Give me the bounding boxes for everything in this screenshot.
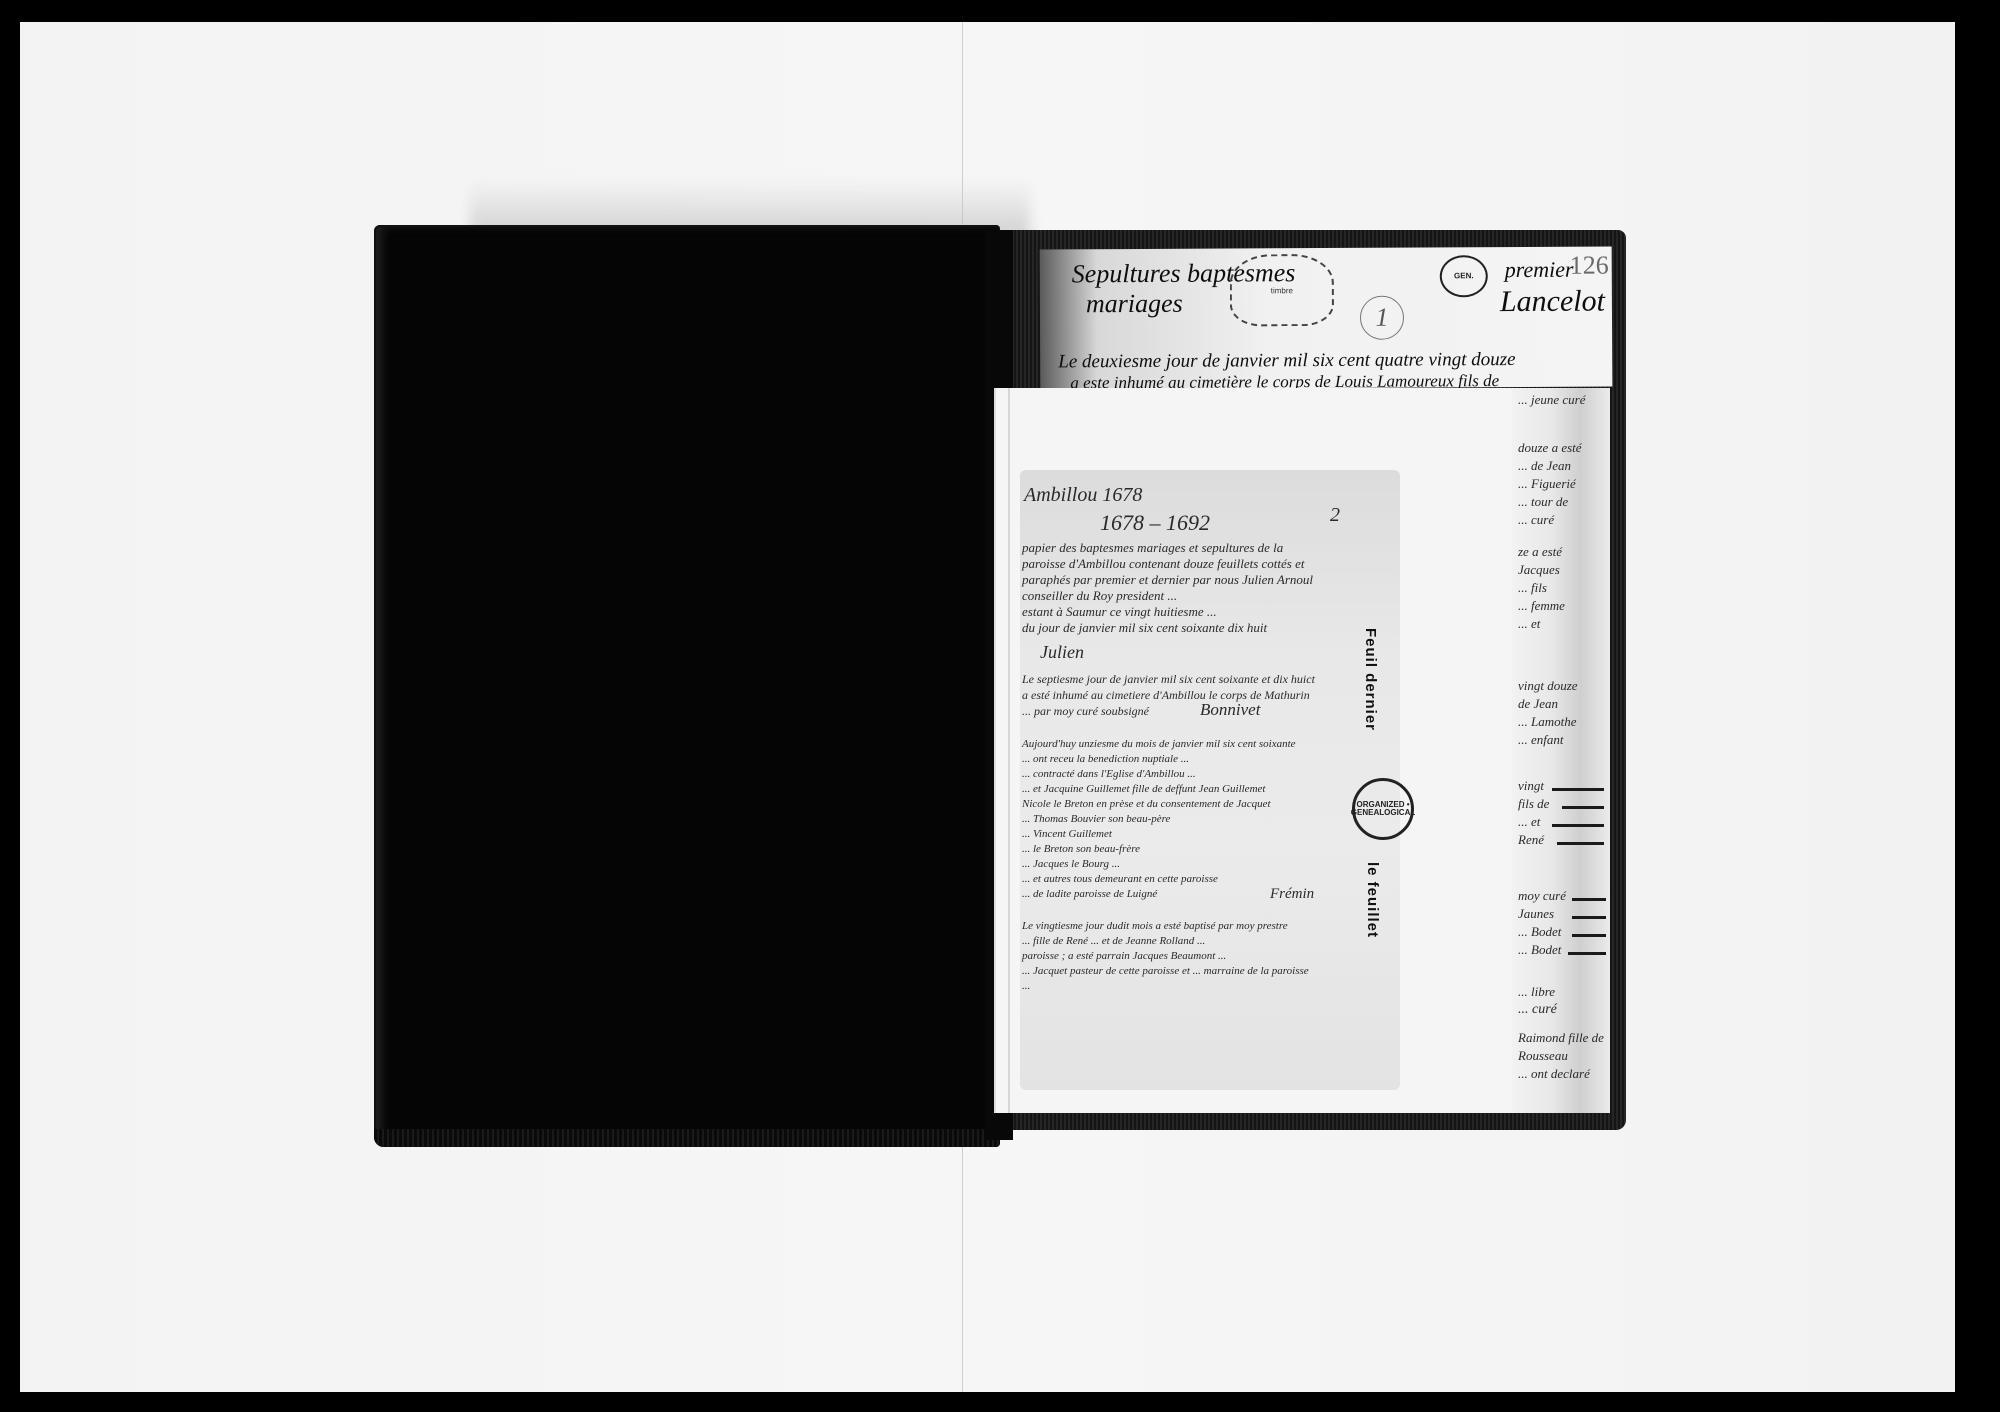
folio-number: 126 bbox=[1570, 251, 1609, 281]
genealogical-society-seal: ORGANIZED • GENEALOGICAL bbox=[1352, 778, 1414, 840]
entry3-line: ... Jacquet pasteur de cette paroisse et… bbox=[1022, 965, 1309, 977]
register-top-leaf: Sepultures baptesmes mariages timbre 1 G… bbox=[1040, 247, 1613, 390]
entry2-line: ... contracté dans l'Eglise d'Ambillou .… bbox=[1022, 768, 1196, 780]
margin-dash bbox=[1552, 788, 1604, 791]
entry2-line: ... et autres tous demeurant en cette pa… bbox=[1022, 873, 1218, 885]
entry1-line: Le septiesme jour de janvier mil six cen… bbox=[1022, 672, 1315, 687]
entry2-line: Aujourd'huy unziesme du mois de janvier … bbox=[1022, 738, 1296, 750]
intro-line: paraphés par premier et dernier par nous… bbox=[1022, 572, 1313, 588]
strip-text: ... Lamothe bbox=[1518, 714, 1577, 730]
entry2-line: ... Jacques le Bourg ... bbox=[1022, 858, 1120, 870]
strip-text: ... Figuerié bbox=[1518, 476, 1576, 492]
strip-text: René bbox=[1518, 832, 1544, 848]
entry-line-1: Le deuxiesme jour de janvier mil six cen… bbox=[1058, 349, 1515, 373]
margin-dash bbox=[1557, 842, 1604, 845]
margin-dash bbox=[1568, 952, 1606, 955]
entry3-line: paroisse ; a esté parrain Jacques Beaumo… bbox=[1022, 950, 1226, 962]
strip-text: vingt bbox=[1518, 778, 1544, 794]
entry1-line: ... par moy curé soubsigné bbox=[1022, 704, 1149, 719]
strip-text: ... enfant bbox=[1518, 732, 1564, 748]
entry2-line: ... Thomas Bouvier son beau-père bbox=[1022, 813, 1170, 825]
intro-line: papier des baptesmes mariages et sepultu… bbox=[1022, 540, 1283, 556]
manuscript-photocopy: Ambillou 1678 1678 – 1692 2 papier des b… bbox=[1020, 470, 1400, 1090]
entry3-line: ... bbox=[1022, 980, 1030, 992]
entry1-line: a esté inhumé au cimetiere d'Ambillou le… bbox=[1022, 688, 1310, 703]
tax-stamp-emblem: timbre bbox=[1230, 254, 1334, 327]
entry3-line: Le vingtiesme jour dudit mois a esté bap… bbox=[1022, 920, 1288, 932]
intro-signature: Julien bbox=[1040, 642, 1084, 663]
strip-text: ... curé bbox=[1518, 1002, 1557, 1018]
strip-text: Rousseau bbox=[1518, 1048, 1568, 1064]
header-left-line-2: mariages bbox=[1086, 289, 1183, 320]
strip-text: Jacques bbox=[1518, 562, 1560, 578]
stamp-le-feuillet: le feuillet bbox=[1364, 862, 1381, 938]
entry1-signature: Bonnivet bbox=[1200, 700, 1260, 720]
heading-parish-year: Ambillou 1678 bbox=[1024, 484, 1142, 507]
strip-text: ... libre bbox=[1518, 984, 1555, 1000]
entry2-signature: Frémin bbox=[1270, 886, 1314, 903]
intro-line: paroisse d'Ambillou contenant douze feui… bbox=[1022, 556, 1304, 572]
strip-text: ... Bodet bbox=[1518, 924, 1561, 940]
book-front-cover bbox=[374, 225, 1000, 1147]
header-right-label: premier bbox=[1505, 257, 1574, 283]
margin-dash bbox=[1572, 934, 1606, 937]
strip-text: ... femme bbox=[1518, 598, 1565, 614]
strip-text: ... tour de bbox=[1518, 494, 1568, 510]
strip-text: ... de Jean bbox=[1518, 458, 1571, 474]
strip-text: Jaunes bbox=[1518, 906, 1554, 922]
intro-line: estant à Saumur ce vingt huitiesme ... bbox=[1022, 604, 1217, 620]
entry2-line: ... et Jacquine Guillemet fille de deffu… bbox=[1022, 783, 1265, 795]
strip-text: ... Bodet bbox=[1518, 942, 1561, 958]
strip-text: douze a esté bbox=[1518, 440, 1582, 456]
intro-line: du jour de janvier mil six cent soixante… bbox=[1022, 620, 1267, 636]
strip-text: Raimond fille de bbox=[1518, 1030, 1604, 1046]
margin-dash bbox=[1572, 898, 1606, 901]
strip-text: fils de bbox=[1518, 796, 1549, 812]
strip-text: vingt douze bbox=[1518, 678, 1578, 694]
circled-page-number: 1 bbox=[1360, 296, 1404, 340]
strip-text: ... et bbox=[1518, 616, 1540, 632]
register-right-strip: ... jeune curé douze a esté ... de Jean … bbox=[1512, 388, 1610, 1113]
sheet-margin-line bbox=[1008, 388, 1010, 1113]
entry2-line: Nicole le Breton en prèse et du consente… bbox=[1022, 798, 1271, 810]
margin-dash bbox=[1562, 806, 1604, 809]
strip-text: ... ont declaré bbox=[1518, 1066, 1590, 1082]
heading-date-range: 1678 – 1692 bbox=[1100, 510, 1210, 536]
strip-text: ... curé bbox=[1518, 512, 1554, 528]
round-archive-stamp: GEN. bbox=[1440, 255, 1488, 297]
stamp-feuil-dernier: Feuil dernier bbox=[1362, 628, 1379, 731]
entry2-line: ... Vincent Guillemet bbox=[1022, 828, 1112, 840]
entry2-line: ... le Breton son beau-frère bbox=[1022, 843, 1140, 855]
intro-line: conseiller du Roy president ... bbox=[1022, 588, 1177, 604]
heading-folio: 2 bbox=[1330, 504, 1340, 527]
entry3-line: ... fille de René ... et de Jeanne Rolla… bbox=[1022, 935, 1205, 947]
strip-text: ... fils bbox=[1518, 580, 1547, 596]
strip-text: de Jean bbox=[1518, 696, 1558, 712]
strip-text: ... jeune curé bbox=[1518, 392, 1586, 408]
entry2-line: ... de ladite paroisse de Luigné bbox=[1022, 888, 1157, 900]
header-signature: Lancelot bbox=[1500, 285, 1605, 320]
strip-text: moy curé bbox=[1518, 888, 1566, 904]
entry2-line: ... ont receu la benediction nuptiale ..… bbox=[1022, 753, 1189, 765]
margin-dash bbox=[1552, 824, 1604, 827]
margin-dash bbox=[1572, 916, 1606, 919]
strip-text: ... et bbox=[1518, 814, 1540, 830]
strip-text: ze a esté bbox=[1518, 544, 1562, 560]
